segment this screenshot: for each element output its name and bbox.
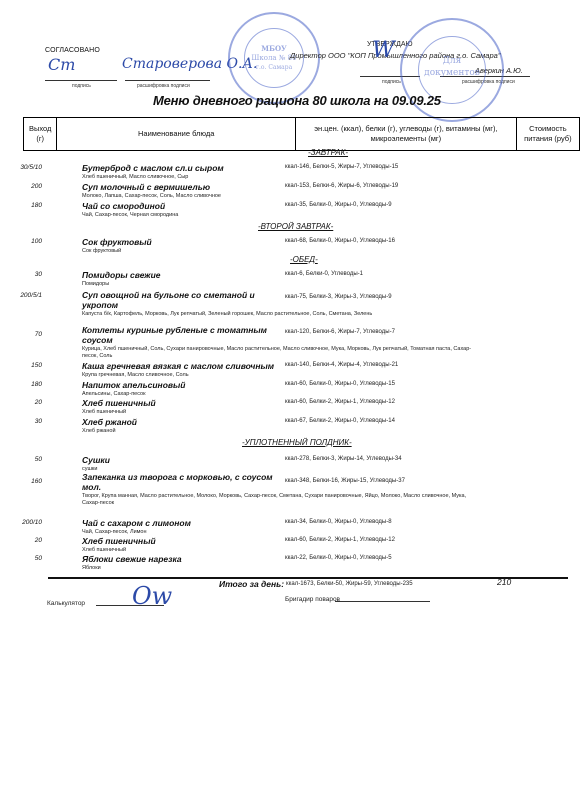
item-qty: 160 — [12, 478, 42, 485]
section-title: -ОБЕД- — [290, 255, 318, 264]
item-ingredients: Чай, Сахар-песок, Лимон — [82, 529, 482, 536]
chef-label: Бригадир поваров — [285, 596, 340, 603]
calculator-signature: Ow — [132, 582, 172, 610]
item-qty: 30 — [12, 418, 42, 425]
total-cost: 210 — [497, 577, 511, 587]
item-nutrition: ккал-6, Белки-0, Углеводы-1 — [285, 271, 363, 277]
item-name: Суп молочный с вермишелью — [82, 182, 312, 192]
signature-caption-right: подпись — [382, 79, 401, 85]
item-ingredients: Капуста б/к, Картофель, Морковь, Лук реп… — [82, 311, 482, 318]
item-qty: 180 — [12, 381, 42, 388]
col-header-dish-name: Наименование блюда — [57, 118, 296, 151]
item-ingredients: Хлеб ржаной — [82, 428, 482, 435]
stamp-company-line1: Для — [402, 56, 502, 66]
item-ingredients: Чай, Сахар-песок, Черная смородина — [82, 212, 482, 219]
item-name: Яблоки свежие нарезка — [82, 554, 312, 564]
item-ingredients: Апельсины, Сахар-песок — [82, 391, 482, 398]
item-nutrition: ккал-140, Белки-4, Жиры-4, Углеводы-21 — [285, 362, 398, 368]
item-qty: 20 — [12, 537, 42, 544]
item-nutrition: ккал-35, Белки-0, Жиры-0, Углеводы-9 — [285, 202, 392, 208]
item-nutrition: ккал-68, Белки-0, Жиры-0, Углеводы-16 — [285, 238, 395, 244]
item-nutrition: ккал-278, Белки-3, Жиры-14, Углеводы-34 — [285, 456, 402, 462]
item-name: Каша гречневая вязкая с маслом сливочным — [82, 361, 312, 371]
item-ingredients: Творог, Крупа манная, Масло растительное… — [82, 493, 472, 507]
item-qty: 200/10 — [12, 519, 42, 526]
section-title: -ВТОРОЙ ЗАВТРАК- — [258, 222, 333, 231]
approval-left-label: СОГЛАСОВАНО — [45, 47, 100, 54]
item-name: Сок фруктовый — [82, 237, 312, 247]
item-nutrition: ккал-67, Белки-2, Жиры-0, Углеводы-14 — [285, 418, 395, 424]
signature-caption-left: подпись — [72, 83, 91, 89]
item-name: Суп овощной на бульоне со сметаной и укр… — [82, 290, 282, 310]
total-nutrition: ккал-1673, Белки-50, Жиры-59, Углеводы-2… — [286, 581, 413, 587]
item-qty: 70 — [12, 331, 42, 338]
item-nutrition: ккал-153, Белки-6, Жиры-6, Углеводы-19 — [285, 183, 398, 189]
calculator-label: Калькулятор — [47, 600, 85, 607]
item-ingredients: Хлеб пшеничный — [82, 547, 482, 554]
item-name: Хлеб ржаной — [82, 417, 312, 427]
stamp-school-line3: г.о. Самара — [230, 64, 318, 71]
item-ingredients: Курица, Хлеб пшеничный, Соль, Сухари пан… — [82, 346, 472, 360]
item-name: Сушки — [82, 455, 312, 465]
item-name: Чай со смородиной — [82, 201, 312, 211]
item-ingredients: Крупа гречневая, Масло сливочное, Соль — [82, 372, 482, 379]
page-title: Меню дневного рациона 80 школа на 09.09.… — [153, 93, 441, 108]
item-ingredients: Молоко, Лапша, Сахар-песок, Соль, Масло … — [82, 193, 482, 200]
menu-table-header: Выход (г) Наименование блюда эн.цен. (кк… — [23, 117, 580, 151]
col-header-nutrition: эн.цен. (ккал), белки (г), углеводы (г),… — [296, 118, 517, 151]
item-ingredients: Яблоки — [82, 565, 482, 572]
item-nutrition: ккал-60, Белки-2, Жиры-1, Углеводы-12 — [285, 537, 395, 543]
item-nutrition: ккал-120, Белки-6, Жиры-7, Углеводы-7 — [285, 329, 395, 335]
item-ingredients: Сок фруктовый — [82, 248, 482, 255]
item-ingredients: Хлеб пшеничный, Масло сливочное, Сыр — [82, 174, 482, 181]
item-nutrition: ккал-60, Белки-0, Жиры-0, Углеводы-15 — [285, 381, 395, 387]
total-divider — [48, 577, 568, 579]
item-qty: 50 — [12, 456, 42, 463]
item-name: Котлеты куриные рубленые с томатным соус… — [82, 325, 282, 345]
item-qty: 150 — [12, 362, 42, 369]
col-header-yield: Выход (г) — [24, 118, 57, 151]
item-qty: 50 — [12, 555, 42, 562]
item-nutrition: ккал-34, Белки-0, Жиры-0, Углеводы-8 — [285, 519, 392, 525]
section-title: -ЗАВТРАК- — [308, 148, 348, 157]
signature-left-1: Cm — [48, 55, 75, 74]
item-qty: 100 — [12, 238, 42, 245]
name-line-left — [125, 80, 210, 81]
col-header-cost: Стоимость питания (руб) — [516, 118, 579, 151]
item-ingredients: Хлеб пшеничный — [82, 409, 482, 416]
item-nutrition: ккал-60, Белки-2, Жиры-1, Углеводы-12 — [285, 399, 395, 405]
item-qty: 200 — [12, 183, 42, 190]
item-qty: 180 — [12, 202, 42, 209]
item-name: Помидоры свежие — [82, 270, 312, 280]
item-name: Хлеб пшеничный — [82, 536, 312, 546]
chef-signature-line — [335, 601, 430, 602]
item-name: Запеканка из творога с морковью, с соусо… — [82, 472, 282, 492]
item-qty: 200/5/1 — [12, 292, 42, 299]
item-qty: 30/5/10 — [12, 164, 42, 171]
signature-right: W — [372, 38, 395, 63]
item-qty: 30 — [12, 271, 42, 278]
item-nutrition: ккал-22, Белки-0, Жиры-0, Углеводы-5 — [285, 555, 392, 561]
stamp-company-line2: документов — [402, 68, 502, 78]
item-nutrition: ккал-146, Белки-5, Жиры-7, Углеводы-15 — [285, 164, 398, 170]
item-name: Напиток апельсиновый — [82, 380, 312, 390]
item-qty: 20 — [12, 399, 42, 406]
name-caption-left: расшифровка подписи — [137, 83, 190, 89]
section-title: -УПЛОТНЕННЫЙ ПОЛДНИК- — [242, 438, 352, 447]
item-ingredients: Помидоры — [82, 281, 482, 288]
total-label: Итого за день: — [219, 579, 284, 589]
signature-line-left — [45, 80, 117, 81]
item-name: Хлеб пшеничный — [82, 398, 312, 408]
item-nutrition: ккал-75, Белки-3, Жиры-3, Углеводы-9 — [285, 294, 392, 300]
item-name: Бутерброд с маслом сл.и сыром — [82, 163, 312, 173]
item-name: Чай с сахаром с лимоном — [82, 518, 312, 528]
item-nutrition: ккал-348, Белки-16, Жиры-15, Углеводы-37 — [285, 478, 405, 484]
